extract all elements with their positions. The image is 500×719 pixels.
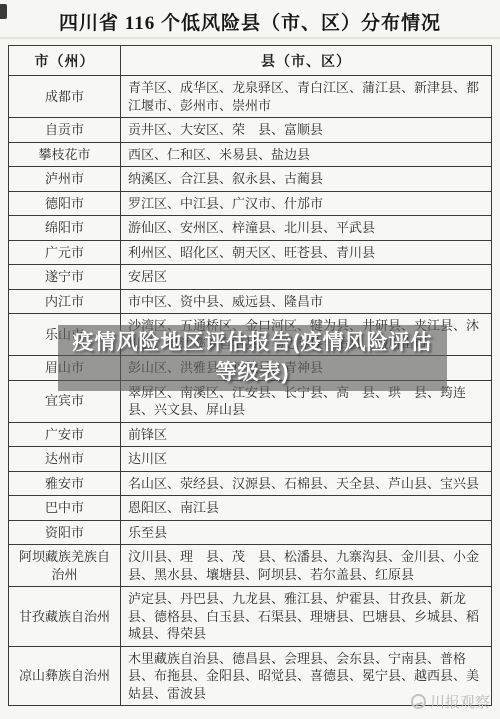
counties-cell: 游仙区、安州区、梓潼县、北川县、平武县 [121,216,492,241]
page: 四川省 116 个低风险县（市、区）分布情况 市（州） 县（市、区） 成都市 青… [0,0,500,719]
counties-cell: 利州区、昭化区、朝天区、旺苍县、青川县 [121,240,492,265]
table-row: 雅安市 名山区、荥经县、汉源县、石棉县、天全县、芦山县、宝兴县 [9,471,492,496]
counties-cell: 汶川县、理 县、茂 县、松潘县、九寨沟县、金川县、小金县、黑水县、壤塘县、阿坝县… [121,545,492,587]
counties-cell: 达川区 [121,447,492,472]
city-cell: 资阳市 [9,520,121,545]
counties-cell: 青羊区、成华区、龙泉驿区、青白江区、蒲江县、新津县、都江堰市、彭州市、崇州市 [121,76,492,118]
city-cell: 广元市 [9,240,121,265]
table-row: 甘孜藏族自治州 泸定县、丹巴县、九龙县、雅江县、炉霍县、甘孜县、新龙县、德格县、… [9,587,492,647]
counties-cell: 安居区 [121,265,492,290]
table-row: 广安市 前锋区 [9,422,492,447]
page-title: 四川省 116 个低风险县（市、区）分布情况 [0,8,500,35]
city-cell: 达州市 [9,447,121,472]
table-row: 成都市 青羊区、成华区、龙泉驿区、青白江区、蒲江县、新津县、都江堰市、彭州市、崇… [9,76,492,118]
city-cell: 自贡市 [9,118,121,143]
counties-cell: 名山区、荥经县、汉源县、石棉县、天全县、芦山县、宝兴县 [121,471,492,496]
city-cell: 绵阳市 [9,216,121,241]
city-cell: 攀枝花市 [9,142,121,167]
counties-cell: 恩阳区、南江县 [121,496,492,521]
counties-cell: 乐至县 [121,520,492,545]
watermark-label: 川报观察 [430,691,490,712]
headline-overlay: 疫情风险地区评估报告(疫情风险评估 等级表) [58,325,447,391]
city-cell: 凉山彝族自治州 [9,646,121,706]
watermark: 川报观察 [411,691,490,712]
table-row: 泸州市 纳溪区、合江县、叙永县、古蔺县 [9,167,492,192]
table-row: 绵阳市 游仙区、安州区、梓潼县、北川县、平武县 [9,216,492,241]
city-cell: 内江市 [9,289,121,314]
table-row: 巴中市 恩阳区、南江县 [9,496,492,521]
city-cell: 广安市 [9,422,121,447]
table-row: 阿坝藏族羌族自治州 汶川县、理 县、茂 县、松潘县、九寨沟县、金川县、小金县、黑… [9,545,492,587]
city-cell: 雅安市 [9,471,121,496]
counties-cell: 贡井区、大安区、荣 县、富顺县 [121,118,492,143]
headline-overlay-line2: 等级表) [216,358,290,388]
table-row: 德阳市 罗江区、中江县、广汉市、什邡市 [9,191,492,216]
city-cell: 德阳市 [9,191,121,216]
city-cell: 遂宁市 [9,265,121,290]
table-row: 广元市 利州区、昭化区、朝天区、旺苍县、青川县 [9,240,492,265]
counties-cell: 西区、仁和区、米易县、盐边县 [121,142,492,167]
counties-cell: 纳溪区、合江县、叙永县、古蔺县 [121,167,492,192]
table-row: 遂宁市 安居区 [9,265,492,290]
table-row: 自贡市 贡井区、大安区、荣 县、富顺县 [9,118,492,143]
chuanbao-guancha-logo-icon [411,694,426,709]
table-header-row: 市（州） 县（市、区） [9,46,492,76]
headline-overlay-line1: 疫情风险地区评估报告(疫情风险评估 [73,328,433,358]
city-cell: 甘孜藏族自治州 [9,587,121,647]
city-cell: 成都市 [9,76,121,118]
table-row: 攀枝花市 西区、仁和区、米易县、盐边县 [9,142,492,167]
header-city: 市（州） [9,46,121,76]
table-row: 资阳市 乐至县 [9,520,492,545]
counties-cell: 罗江区、中江县、广汉市、什邡市 [121,191,492,216]
counties-cell: 前锋区 [121,422,492,447]
city-cell: 巴中市 [9,496,121,521]
table-row: 达州市 达川区 [9,447,492,472]
city-cell: 泸州市 [9,167,121,192]
table-row: 内江市 市中区、资中县、威远县、隆昌市 [9,289,492,314]
city-cell: 阿坝藏族羌族自治州 [9,545,121,587]
header-counties: 县（市、区） [121,46,492,76]
counties-cell: 市中区、资中县、威远县、隆昌市 [121,289,492,314]
counties-cell: 泸定县、丹巴县、九龙县、雅江县、炉霍县、甘孜县、新龙县、德格县、白玉县、石渠县、… [121,587,492,647]
title-divider [0,37,500,39]
